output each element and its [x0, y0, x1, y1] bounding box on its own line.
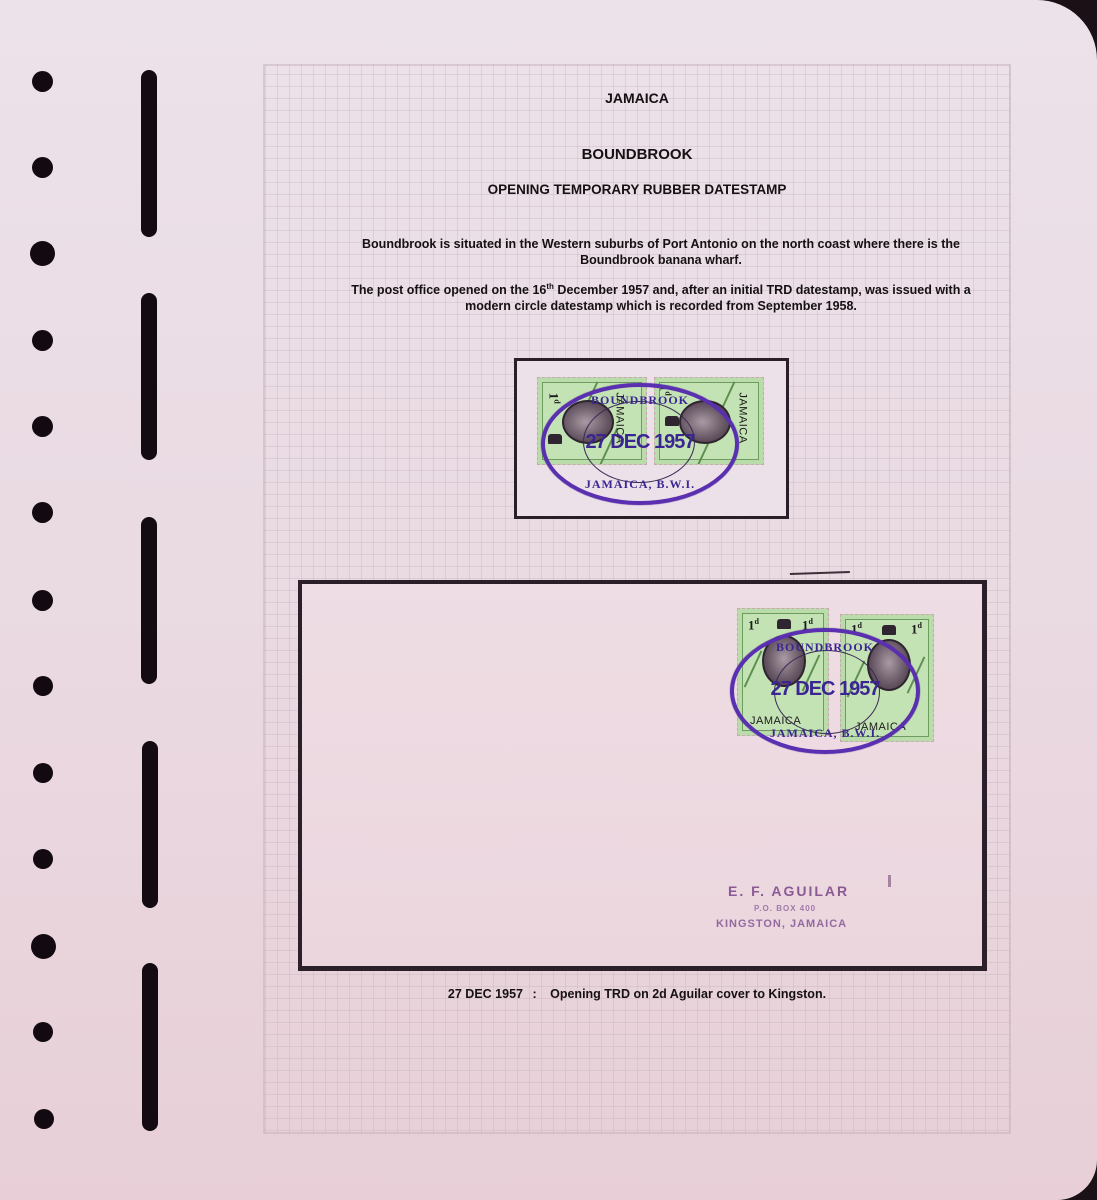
binder-hole: [30, 241, 55, 266]
binder-slot: [141, 293, 157, 460]
country-heading: JAMAICA: [263, 90, 1011, 106]
caption-text: Opening TRD on 2d Aguilar cover to Kings…: [550, 987, 826, 1001]
binder-hole: [33, 1022, 53, 1042]
postmark-country: JAMAICA, B.W.I.: [545, 477, 735, 492]
trd-oval-postmark: BOUNDBROOK 27 DEC 1957 JAMAICA, B.W.I.: [730, 628, 920, 754]
crown-icon: [777, 619, 791, 629]
binder-hole: [32, 590, 53, 611]
binder-hole: [32, 330, 53, 351]
postmark-country: JAMAICA, B.W.I.: [734, 726, 916, 741]
binder-hole: [32, 416, 53, 437]
return-address-box: P.O. BOX 400: [754, 904, 816, 913]
description-paragraph-1: Boundbrook is situated in the Western su…: [330, 236, 992, 268]
binder-hole: [32, 502, 53, 523]
stamp-country: JAMAICA: [737, 392, 749, 443]
binder-slot: [141, 70, 157, 237]
place-heading: BOUNDBROOK: [263, 146, 1011, 163]
caption-date: 27 DEC 1957: [448, 987, 523, 1001]
binder-hole: [33, 676, 53, 696]
postmark-town: BOUNDBROOK: [734, 640, 916, 655]
paragraph-2-text-start: The post office opened on the 16: [351, 283, 546, 297]
postmark-date: 27 DEC 1957: [734, 678, 916, 701]
postmark-town: BOUNDBROOK: [545, 393, 735, 408]
binder-hole: [33, 849, 53, 869]
postmark-date: 27 DEC 1957: [545, 431, 735, 454]
stamp-value: 1d: [748, 617, 759, 633]
ink-mark: [888, 875, 891, 887]
return-address-city: KINGSTON, JAMAICA: [716, 918, 847, 930]
binder-hole: [32, 71, 53, 92]
binder-hole: [31, 934, 56, 959]
return-address-name: E. F. AGUILAR: [728, 883, 849, 899]
cover-caption: 27 DEC 1957 : Opening TRD on 2d Aguilar …: [263, 987, 1011, 1001]
envelope-cover: 1d 1d JAMAICA 1d 1d JAMAICA BOUNDBROOK 2…: [298, 580, 987, 971]
description-paragraph-2: The post office opened on the 16th Decem…: [330, 282, 992, 314]
caption-separator: :: [532, 987, 536, 1001]
binder-slot: [142, 963, 158, 1131]
binder-hole: [33, 763, 53, 783]
binder-slot: [141, 517, 157, 684]
binder-slot: [142, 741, 158, 908]
trd-oval-postmark: BOUNDBROOK 27 DEC 1957 JAMAICA, B.W.I.: [541, 383, 739, 505]
stamp-value: 1d: [911, 621, 922, 637]
ordinal-superscript: th: [546, 282, 554, 291]
subtitle-heading: OPENING TEMPORARY RUBBER DATESTAMP: [263, 182, 1011, 197]
binder-hole: [32, 157, 53, 178]
stamp-piece-mount: 1d JAMAICA 1d JAMAICA BOUNDBROOK 27 DEC …: [514, 358, 789, 519]
album-page: JAMAICA BOUNDBROOK OPENING TEMPORARY RUB…: [0, 0, 1097, 1200]
binder-hole: [34, 1109, 54, 1129]
crown-icon: [882, 625, 896, 635]
